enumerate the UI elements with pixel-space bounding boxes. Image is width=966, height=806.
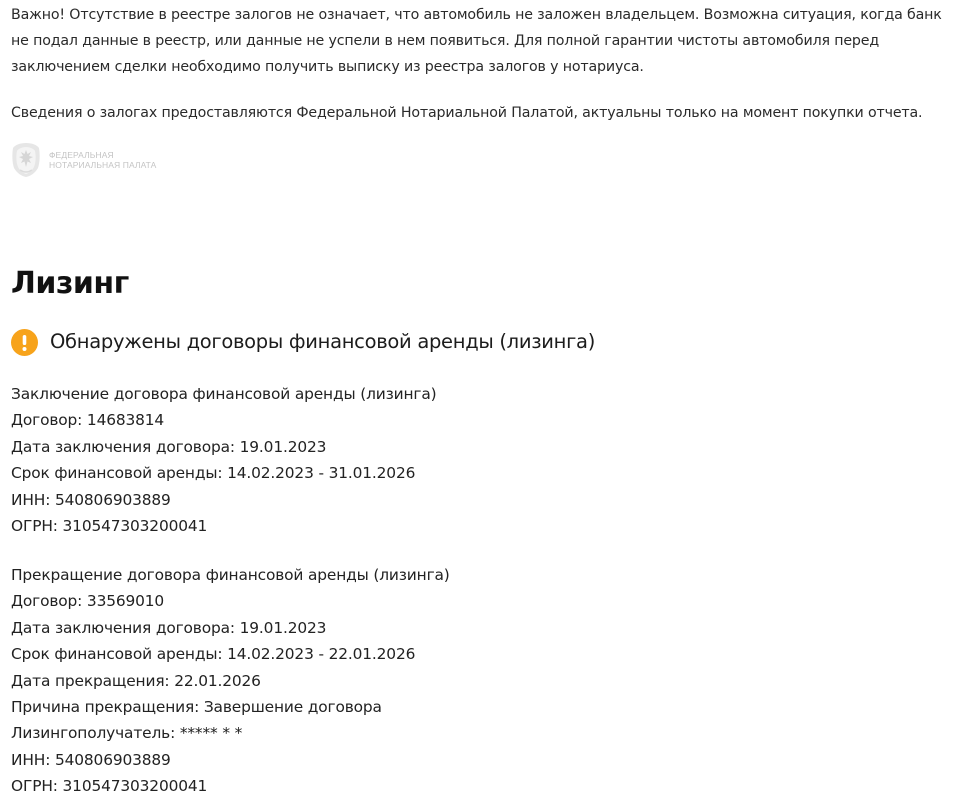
contract-heading: Заключение договора финансовой аренды (л… (11, 381, 436, 407)
fnp-logo-line2: НОТАРИАЛЬНАЯ ПАЛАТА (49, 160, 156, 170)
contract-ogrn: ОГРН: 310547303200041 (11, 773, 450, 799)
notice-source-text: Сведения о залогах предоставляются Федер… (11, 100, 961, 126)
contract-inn: ИНН: 540806903889 (11, 487, 436, 513)
federal-notary-chamber-logo: ФЕДЕРАЛЬНАЯ НОТАРИАЛЬНАЯ ПАЛАТА (11, 142, 156, 178)
fnp-logo-line1: ФЕДЕРАЛЬНАЯ (49, 150, 156, 160)
termination-reason: Причина прекращения: Завершение договора (11, 694, 450, 720)
lessee: Лизингополучатель: ***** * * (11, 720, 450, 746)
leasing-status: Обнаружены договоры финансовой аренды (л… (11, 327, 595, 357)
contract-number: Договор: 33569010 (11, 588, 450, 614)
leasing-section-title: Лизинг (11, 262, 129, 306)
notice-warning-text: Важно! Отсутствие в реестре залогов не о… (11, 2, 961, 80)
fnp-emblem-icon (11, 142, 41, 178)
termination-date: Дата прекращения: 22.01.2026 (11, 668, 450, 694)
contract-date: Дата заключения договора: 19.01.2023 (11, 615, 450, 641)
contract-heading: Прекращение договора финансовой аренды (… (11, 562, 450, 588)
exclamation-circle-icon (11, 329, 38, 356)
pledge-registry-notice: Важно! Отсутствие в реестре залогов не о… (11, 2, 961, 126)
leasing-contract-termination: Прекращение договора финансовой аренды (… (11, 562, 450, 800)
contract-ogrn: ОГРН: 310547303200041 (11, 513, 436, 539)
contract-inn: ИНН: 540806903889 (11, 747, 450, 773)
leasing-contract-conclusion: Заключение договора финансовой аренды (л… (11, 381, 436, 539)
contract-term: Срок финансовой аренды: 14.02.2023 - 31.… (11, 460, 436, 486)
contract-term: Срок финансовой аренды: 14.02.2023 - 22.… (11, 641, 450, 667)
contract-date: Дата заключения договора: 19.01.2023 (11, 434, 436, 460)
contract-number: Договор: 14683814 (11, 407, 436, 433)
leasing-status-text: Обнаружены договоры финансовой аренды (л… (50, 327, 595, 357)
